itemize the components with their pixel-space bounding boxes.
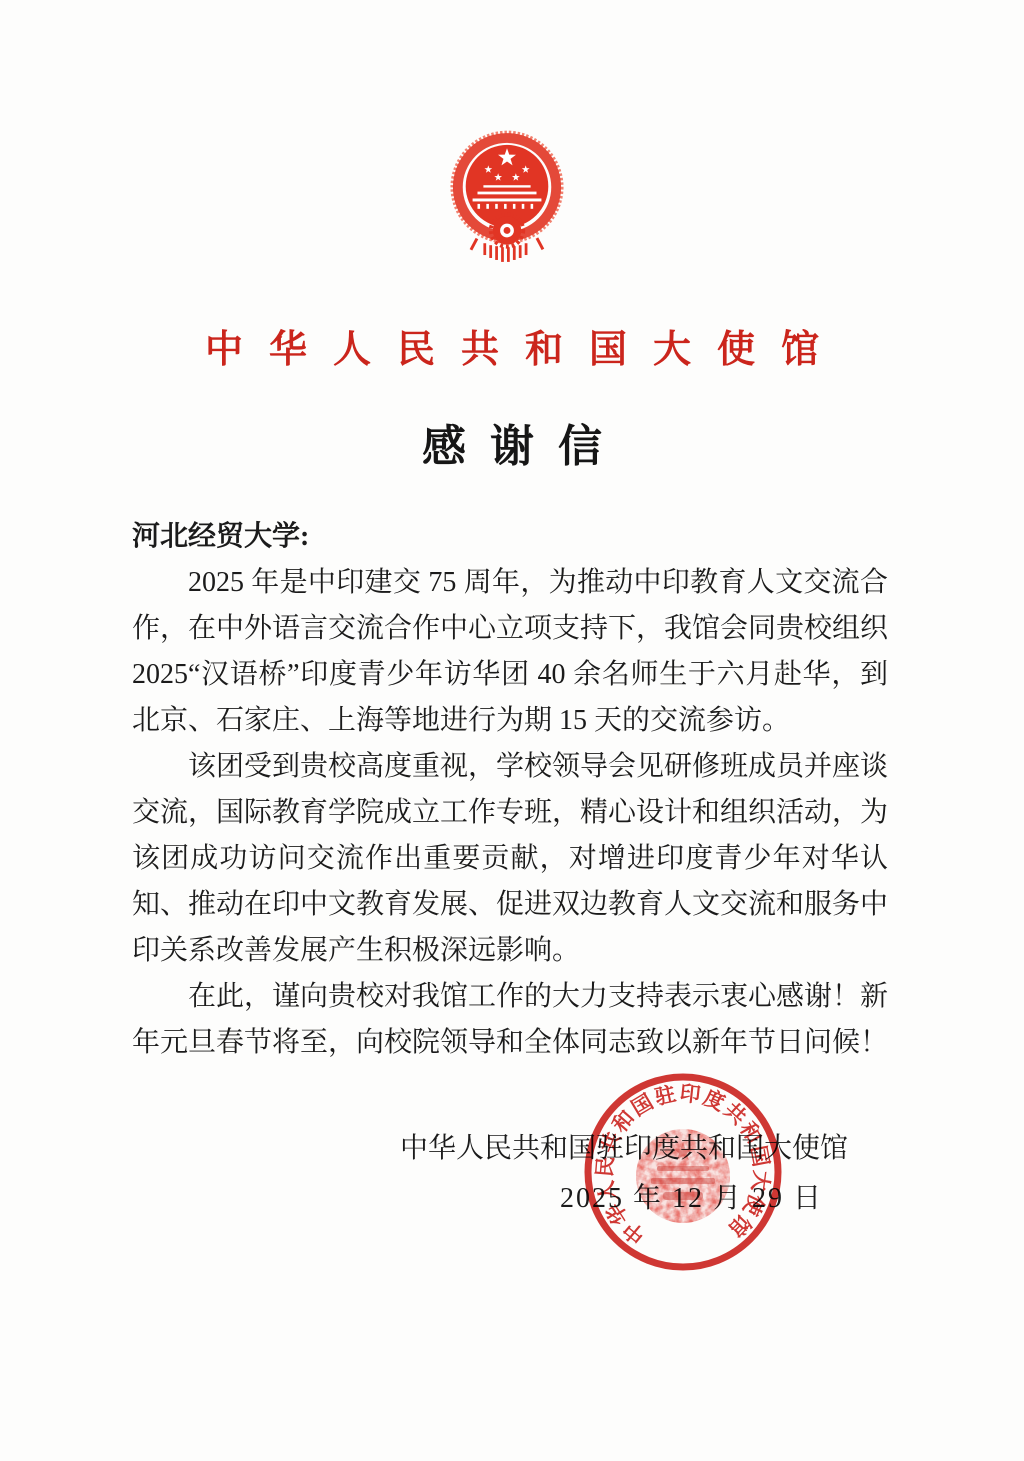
paragraph-3: 在此，谨向贵校对我馆工作的大力支持表示衷心感谢！新年元旦春节将至，向校院领导和全… (132, 974, 888, 1066)
signature-organization: 中华人民共和国驻印度共和国大使馆 (400, 1124, 848, 1173)
national-emblem-icon (448, 128, 566, 268)
paragraph-2: 该团受到贵校高度重视，学校领导会见研修班成员并座谈交流，国际教育学院成立工作专班… (132, 744, 888, 974)
letter-body: 河北经贸大学: 2025 年是中印建交 75 周年，为推动中印教育人文交流合作，… (132, 514, 888, 1066)
salutation: 河北经贸大学: (132, 514, 888, 560)
signature-date: 2025 年 12 月 29 日 (560, 1174, 823, 1223)
letter-title: 感谢信 (0, 410, 1024, 474)
scanned-letter-page: 中华人民共和国大使馆 感谢信 河北经贸大学: 2025 年是中印建交 75 周年… (0, 0, 1024, 1461)
embassy-name-heading: 中华人民共和国大使馆 (0, 318, 1024, 373)
paragraph-1: 2025 年是中印建交 75 周年，为推动中印教育人文交流合作，在中外语言交流合… (132, 560, 888, 744)
